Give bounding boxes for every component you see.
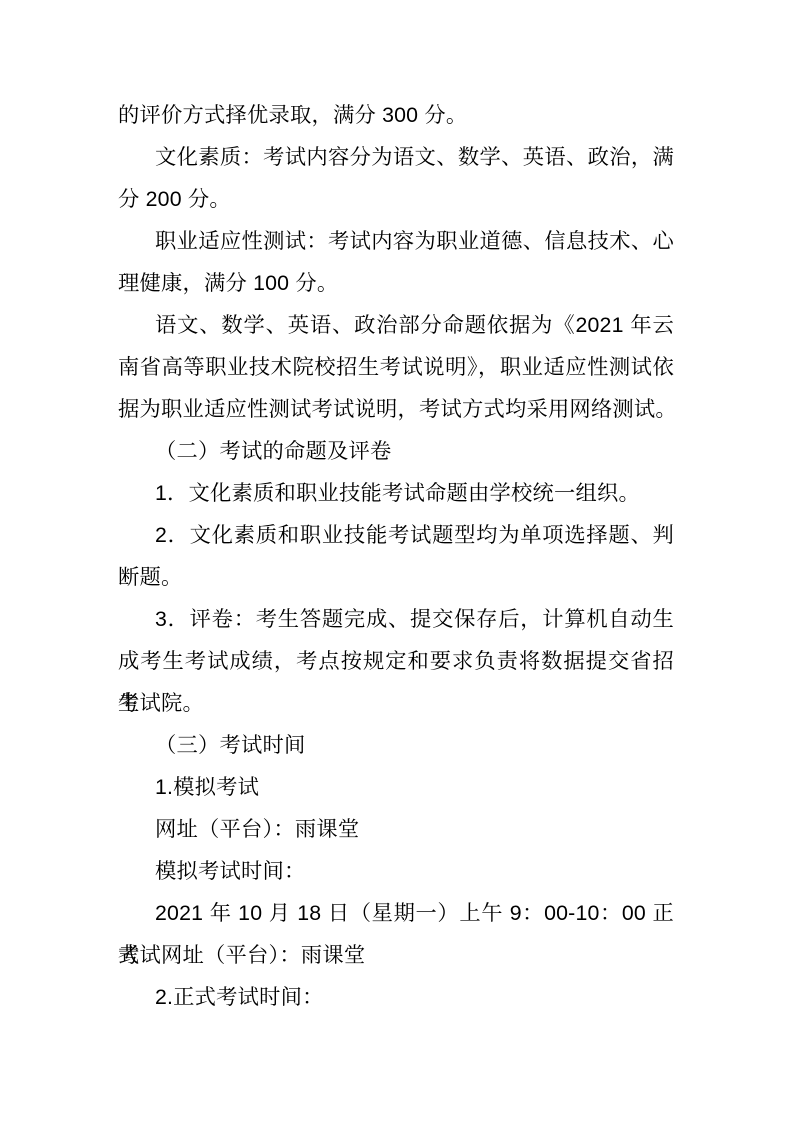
document-page: 的评价方式择优录取，满分 300 分。文化素质：考试内容分为语文、数学、英语、政… <box>0 0 793 1122</box>
text-line: 据为职业适应性测试考试说明，考试方式均采用网络测试。 <box>118 388 674 430</box>
text-line: 文化素质：考试内容分为语文、数学、英语、政治，满 <box>118 136 674 178</box>
document-body: 的评价方式择优录取，满分 300 分。文化素质：考试内容分为语文、数学、英语、政… <box>118 94 674 1018</box>
text-line: 理健康，满分 100 分。 <box>118 262 674 304</box>
text-line: 语文、数学、英语、政治部分命题依据为《2021 年云 <box>118 304 674 346</box>
text-line: 职业适应性测试：考试内容为职业道德、信息技术、心 <box>118 220 674 262</box>
text-line: 2021 年 10 月 18 日（星期一）上午 9：00-10：00 正式 <box>118 892 674 934</box>
text-line: 成考生考试成绩，考点按规定和要求负责将数据提交省招生 <box>118 640 674 682</box>
text-line: 1.模拟考试 <box>118 766 674 808</box>
text-line: 模拟考试时间： <box>118 850 674 892</box>
text-line: 的评价方式择优录取，满分 300 分。 <box>118 94 674 136</box>
text-line: 考试网址（平台）：雨课堂 <box>118 934 674 976</box>
text-line: 3．评卷：考生答题完成、提交保存后，计算机自动生 <box>118 598 674 640</box>
text-line: （二）考试的命题及评卷 <box>118 430 674 472</box>
text-line: 网址（平台）：雨课堂 <box>118 808 674 850</box>
text-line: 分 200 分。 <box>118 178 674 220</box>
text-line: 2.正式考试时间： <box>118 976 674 1018</box>
text-line: 1．文化素质和职业技能考试命题由学校统一组织。 <box>118 472 674 514</box>
text-line: 断题。 <box>118 556 674 598</box>
text-line: （三）考试时间 <box>118 724 674 766</box>
text-line: 2．文化素质和职业技能考试题型均为单项选择题、判 <box>118 514 674 556</box>
text-line: 南省高等职业技术院校招生考试说明》，职业适应性测试依 <box>118 346 674 388</box>
text-line: 考试院。 <box>118 682 674 724</box>
